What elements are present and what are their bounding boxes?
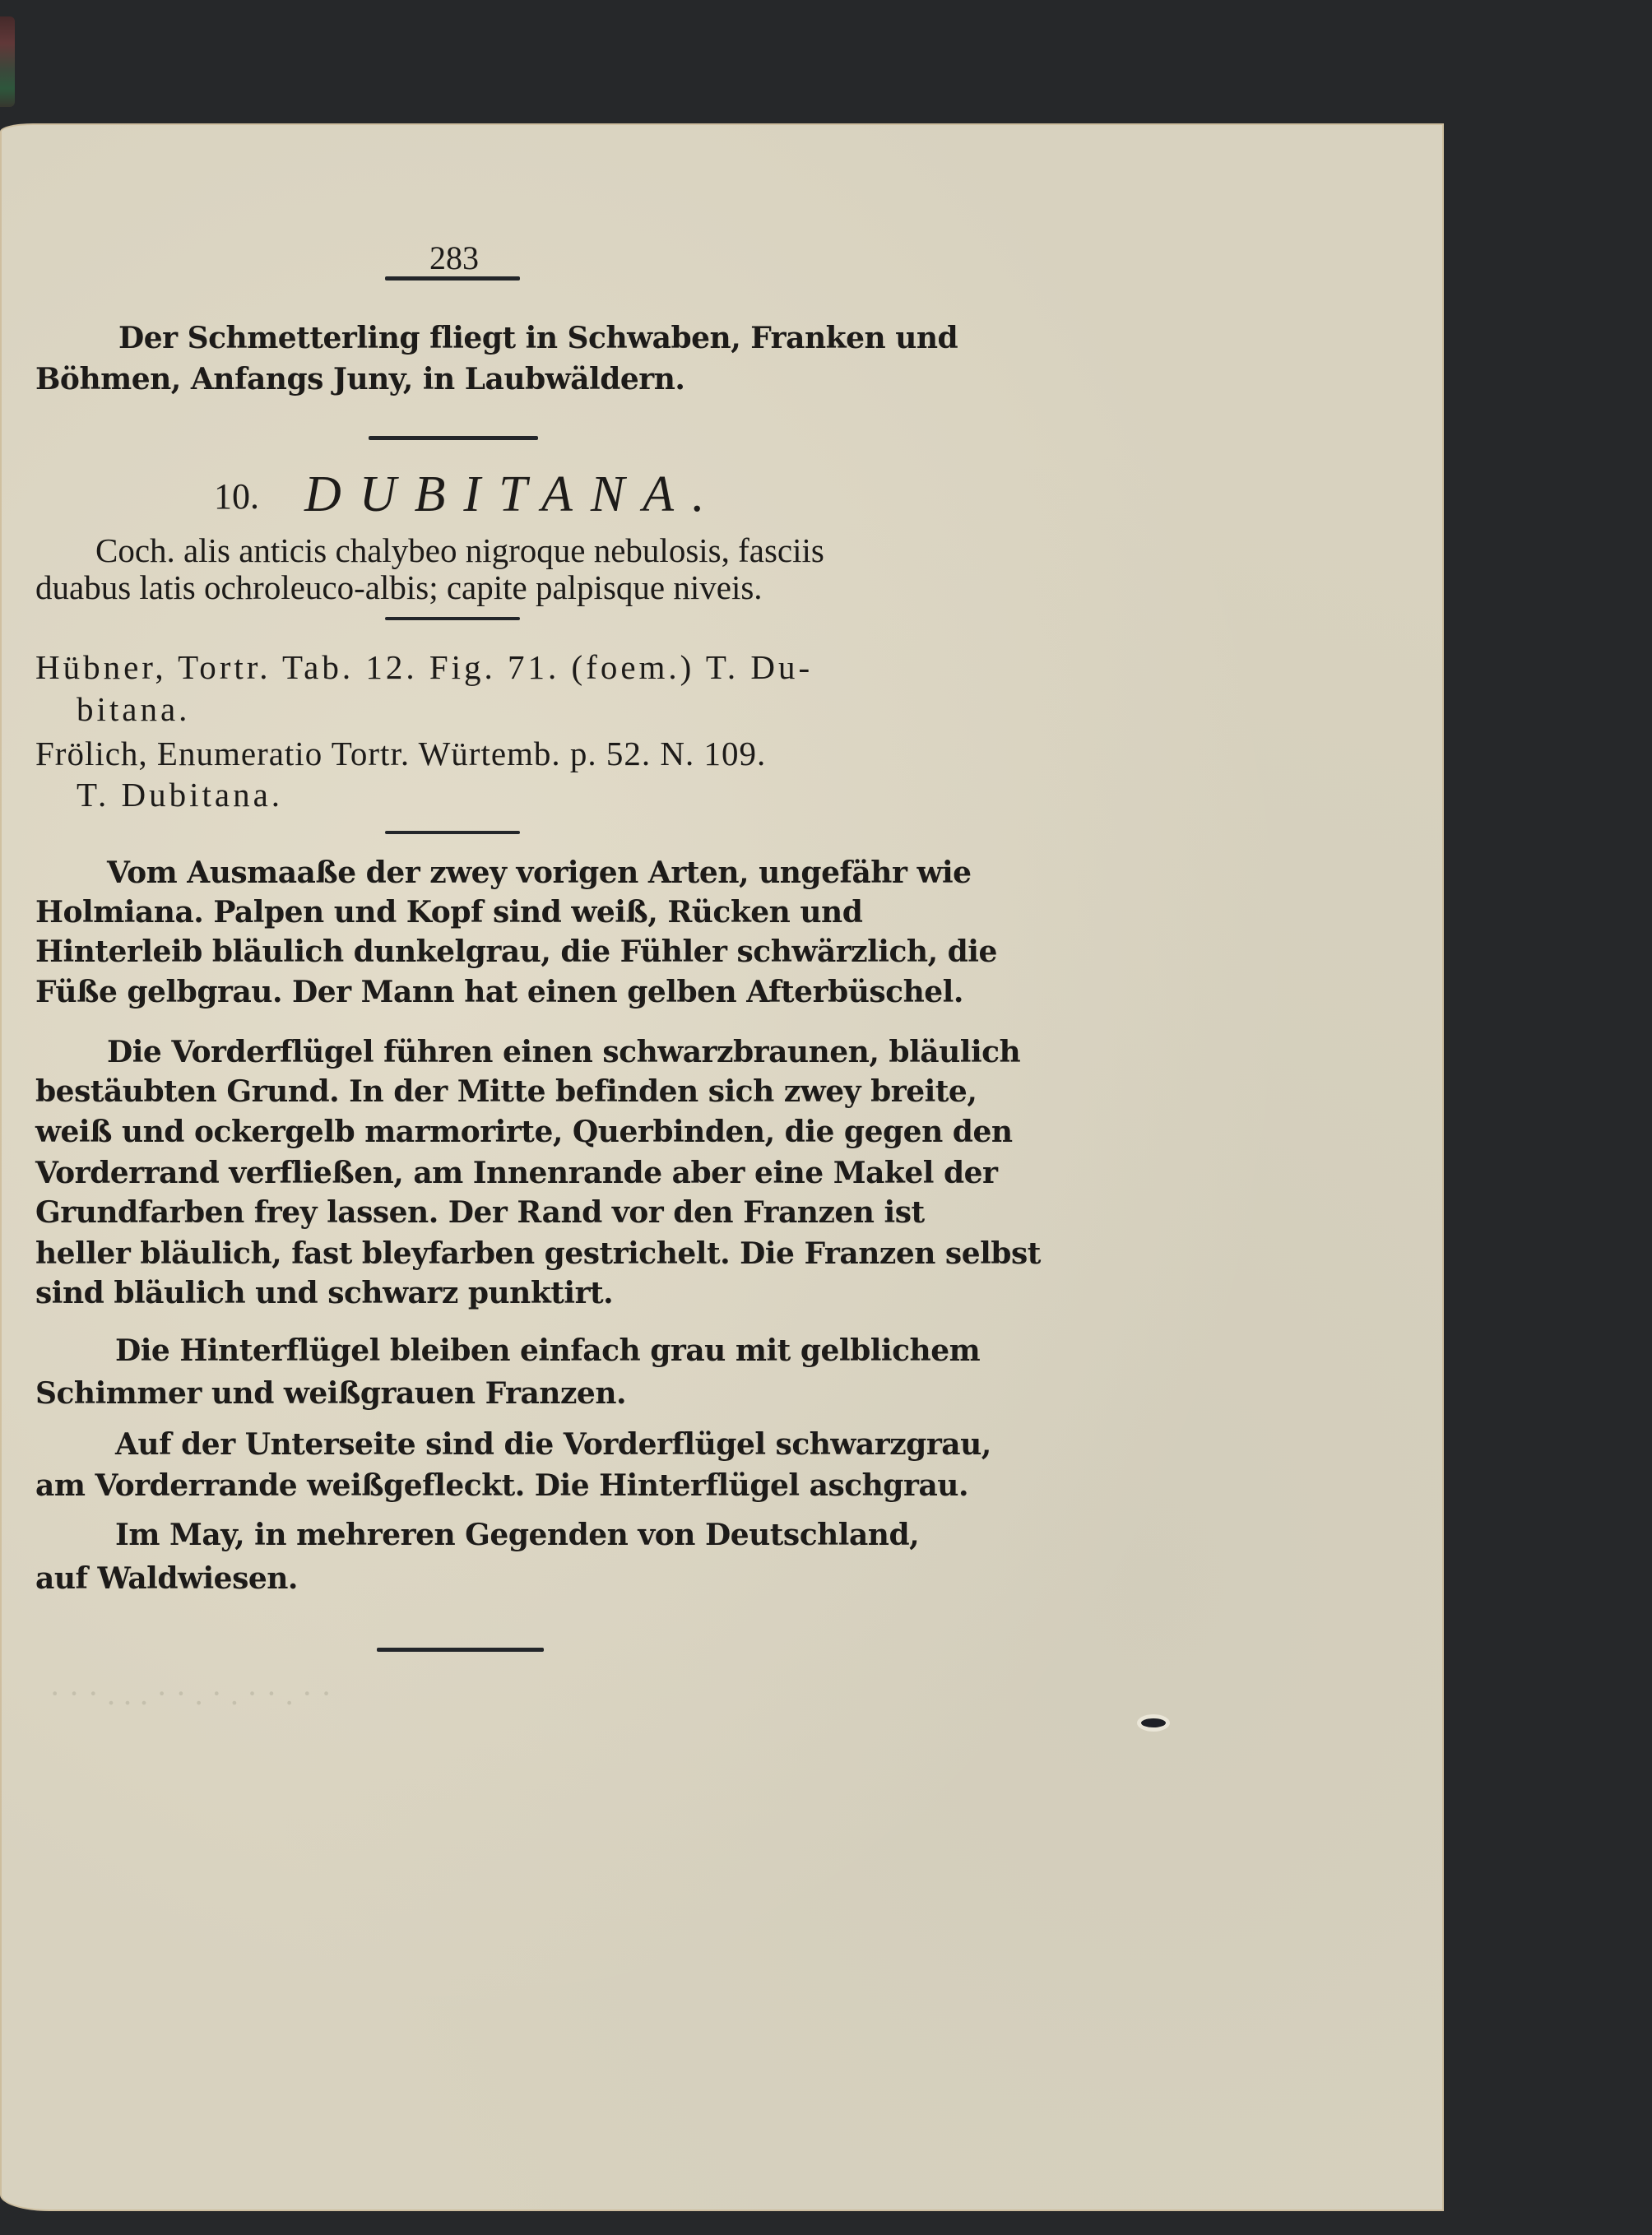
closing-rule bbox=[377, 1648, 544, 1652]
ink-blot bbox=[1141, 1718, 1166, 1727]
desc-p1-line-2: Holmiana. Palpen und Kopf sind weiß, Rüc… bbox=[35, 895, 862, 930]
desc-p4-line-1: Auf der Unterseite sind die Vorderflügel… bbox=[115, 1427, 991, 1462]
desc-p2-line-6: heller bläulich, fast bleyfarben gestric… bbox=[35, 1236, 1041, 1271]
bleed-through-text: · · · . . . · · . · . · · . · · bbox=[49, 1674, 332, 1713]
desc-p2-line-2: bestäubten Grund. In der Mitte befinden … bbox=[35, 1074, 977, 1109]
desc-p2-line-4: Vorderrand verfließen, am Innenrande abe… bbox=[35, 1156, 998, 1190]
section-rule-1 bbox=[369, 436, 538, 440]
intro-line-2: Böhmen, Anfangs Juny, in Laubwäldern. bbox=[35, 362, 684, 396]
reference-hubner-line-1: Hübner, Tortr. Tab. 12. Fig. 71. (foem.)… bbox=[35, 647, 813, 687]
desc-p2-line-1: Die Vorderflügel führen einen schwarzbra… bbox=[107, 1035, 1020, 1069]
reference-frolich-line-1: Frölich, Enumeratio Tortr. Würtemb. p. 5… bbox=[35, 734, 766, 773]
diagnosis-line-1: Coch. alis anticis chalybeo nigroque neb… bbox=[95, 531, 824, 570]
desc-p3-line-1: Die Hinterflügel bleiben einfach grau mi… bbox=[115, 1333, 980, 1368]
desc-p1-line-1: Vom Ausmaaße der zwey vorigen Arten, ung… bbox=[107, 856, 972, 890]
section-rule-2 bbox=[385, 617, 520, 620]
desc-p2-line-3: weiß und ockergelb marmorirte, Querbinde… bbox=[35, 1115, 1013, 1149]
page-number: 283 bbox=[429, 239, 479, 277]
desc-p2-line-5: Grundfarben frey lassen. Der Rand vor de… bbox=[35, 1195, 925, 1230]
header-rule bbox=[385, 276, 520, 281]
reference-hubner-line-2: bitana. bbox=[77, 689, 190, 729]
intro-line-1: Der Schmetterling fliegt in Schwaben, Fr… bbox=[118, 321, 875, 355]
desc-p1-line-3: Hinterleib bläulich dunkelgrau, die Fühl… bbox=[35, 934, 997, 969]
species-number: 10. bbox=[214, 475, 259, 517]
section-rule-3 bbox=[385, 831, 520, 834]
desc-p3-line-2: Schimmer und weißgrauen Franzen. bbox=[35, 1376, 626, 1411]
species-name: DUBITANA. bbox=[304, 466, 723, 524]
desc-p2-line-7: sind bläulich und schwarz punktirt. bbox=[35, 1276, 613, 1310]
diagnosis-line-2: duabus latis ochroleuco-albis; capite pa… bbox=[35, 568, 763, 607]
desc-p1-line-4: Füße gelbgrau. Der Mann hat einen gelben… bbox=[35, 975, 963, 1009]
reference-frolich-line-2: T. Dubitana. bbox=[77, 775, 283, 814]
desc-p4-line-2: am Vorderrande weißgefleckt. Die Hinterf… bbox=[35, 1468, 968, 1503]
desc-p5-line-1: Im May, in mehreren Gegenden von Deutsch… bbox=[115, 1518, 919, 1552]
book-spine-edge bbox=[0, 16, 15, 107]
desc-p5-line-2: auf Waldwiesen. bbox=[35, 1561, 298, 1596]
